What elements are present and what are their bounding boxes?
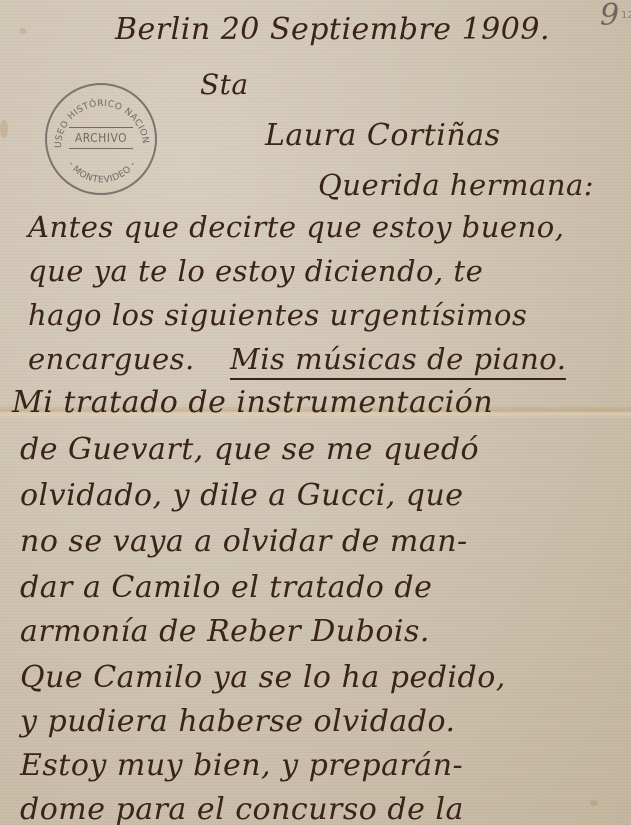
letter-page: 9 12 MUSEO HISTÓRICO NACIONAL - MONTEVID… — [0, 0, 631, 825]
letter-line: Antes que decirte que estoy bueno, — [28, 210, 564, 244]
letter-line: Mi tratado de instrumentación — [12, 385, 493, 420]
recipient-name: Laura Cortiñas — [265, 118, 501, 153]
letter-line: hago los siguientes urgentísimos — [28, 298, 527, 332]
letter-line: y pudiera haberse olvidado. — [20, 704, 456, 739]
letter-line: encargues. — [28, 342, 195, 376]
letter-line: armonía de Reber Dubois. — [20, 614, 430, 649]
page-edge-number: 12 — [621, 10, 631, 21]
museum-archive-stamp: MUSEO HISTÓRICO NACIONAL - MONTEVIDEO - … — [45, 83, 157, 195]
svg-text:- MONTEVIDEO -: - MONTEVIDEO - — [66, 160, 139, 186]
letter-line: Estoy muy bien, y preparán- — [20, 748, 463, 783]
letter-line: no se vaya a olvidar de man- — [20, 524, 468, 559]
salutation-title: Sta — [200, 68, 249, 101]
paper-stain — [0, 120, 8, 138]
paper-stain — [590, 800, 598, 806]
letter-line: dar a Camilo el tratado de — [20, 570, 432, 605]
letter-line: olvidado, y dile a Gucci, que — [20, 478, 464, 513]
greeting: Querida hermana: — [318, 168, 594, 202]
letter-line: dome para el concurso de la — [20, 792, 464, 825]
archive-folio-number: 9 — [600, 0, 619, 33]
letter-line: Que Camilo ya se lo ha pedido, — [20, 660, 506, 695]
letter-line: de Guevart, que se me quedó — [20, 432, 479, 467]
underlined-phrase: Mis músicas de piano. — [230, 342, 566, 380]
paper-stain — [20, 28, 26, 34]
letter-line: que ya te lo estoy diciendo, te — [28, 254, 483, 288]
date-line: Berlin 20 Septiembre 1909. — [115, 12, 550, 47]
stamp-center-label: ARCHIVO — [69, 127, 133, 149]
stamp-ring-bottom: - MONTEVIDEO - — [66, 160, 139, 186]
